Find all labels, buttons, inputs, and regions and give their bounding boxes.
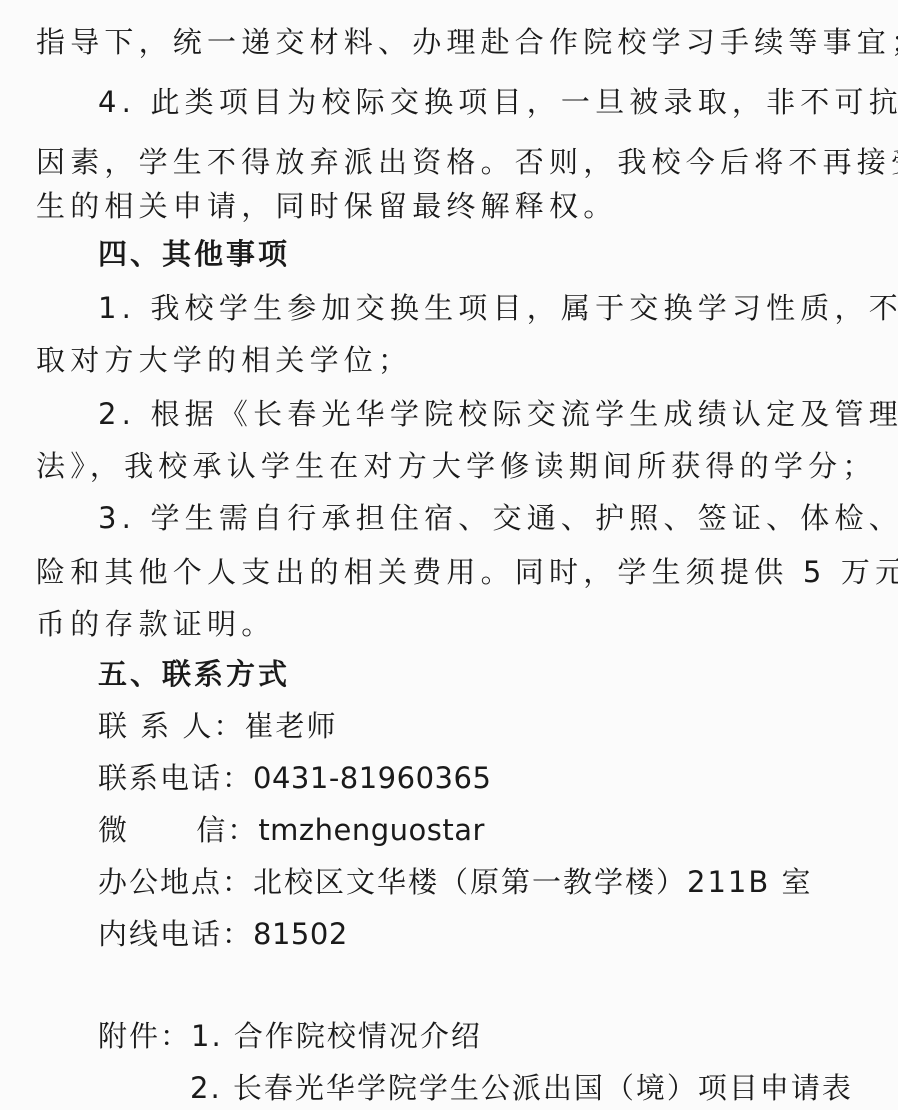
- contact-wechat-row: 微 信：tmzhenguostar: [98, 810, 485, 850]
- contact-person-value: 崔老师: [244, 709, 337, 743]
- contact-office-row: 办公地点：北校区文华楼（原第一教学楼）211B 室: [98, 862, 812, 902]
- section3-continuation-line: 指导下，统一递交材料、办理赴合作院校学习手续等事宜；: [36, 22, 898, 62]
- contact-person-row: 联 系 人：崔老师: [98, 706, 337, 746]
- contact-phone-row: 联系电话：0431-81960365: [98, 758, 491, 798]
- section4-item3-line1: 3. 学生需自行承担住宿、交通、护照、签证、体检、保: [98, 498, 898, 538]
- attachments-row-1: 附件：1. 合作院校情况介绍: [98, 1016, 482, 1056]
- item4-line2: 因素，学生不得放弃派出资格。否则，我校今后将不再接受该: [36, 142, 898, 182]
- contact-extension-row: 内线电话：81502: [98, 914, 348, 954]
- contact-office-value: 北校区文华楼（原第一教学楼）211B 室: [253, 865, 812, 899]
- contact-extension-value: 81502: [253, 917, 348, 951]
- section4-item2-line1: 2. 根据《长春光华学院校际交流学生成绩认定及管理办: [98, 394, 898, 434]
- contact-person-label: 联 系 人：: [98, 709, 244, 743]
- contact-wechat-label: 微 信：: [98, 813, 258, 847]
- item4-line3: 生的相关申请，同时保留最终解释权。: [36, 186, 617, 226]
- contact-phone-value: 0431-81960365: [253, 761, 491, 795]
- section4-item3-line3: 币的存款证明。: [36, 604, 275, 644]
- section4-item3-line2: 险和其他个人支出的相关费用。同时，学生须提供 5 万元人民: [36, 552, 898, 592]
- section4-item1-line2: 取对方大学的相关学位；: [36, 340, 412, 380]
- section4-item2-line2: 法》，我校承认学生在对方大学修读期间所获得的学分；: [36, 446, 877, 486]
- document-page: 指导下，统一递交材料、办理赴合作院校学习手续等事宜； 4. 此类项目为校际交换项…: [0, 0, 898, 1110]
- contact-extension-label: 内线电话：: [98, 917, 253, 951]
- item4-line1: 4. 此类项目为校际交换项目，一旦被录取，非不可抗力: [98, 82, 898, 122]
- attachment-item-1: 1. 合作院校情况介绍: [191, 1019, 482, 1053]
- attachment-item-2: 2. 长春光华学院学生公派出国（境）项目申请表: [190, 1068, 853, 1108]
- section4-heading: 四、其他事项: [98, 234, 290, 274]
- section4-item1-line1: 1. 我校学生参加交换生项目，属于交换学习性质，不获: [98, 288, 898, 328]
- contact-wechat-value: tmzhenguostar: [258, 813, 485, 847]
- attachments-label: 附件：: [98, 1019, 191, 1053]
- contact-office-label: 办公地点：: [98, 865, 253, 899]
- section5-heading: 五、联系方式: [98, 654, 290, 694]
- contact-phone-label: 联系电话：: [98, 761, 253, 795]
